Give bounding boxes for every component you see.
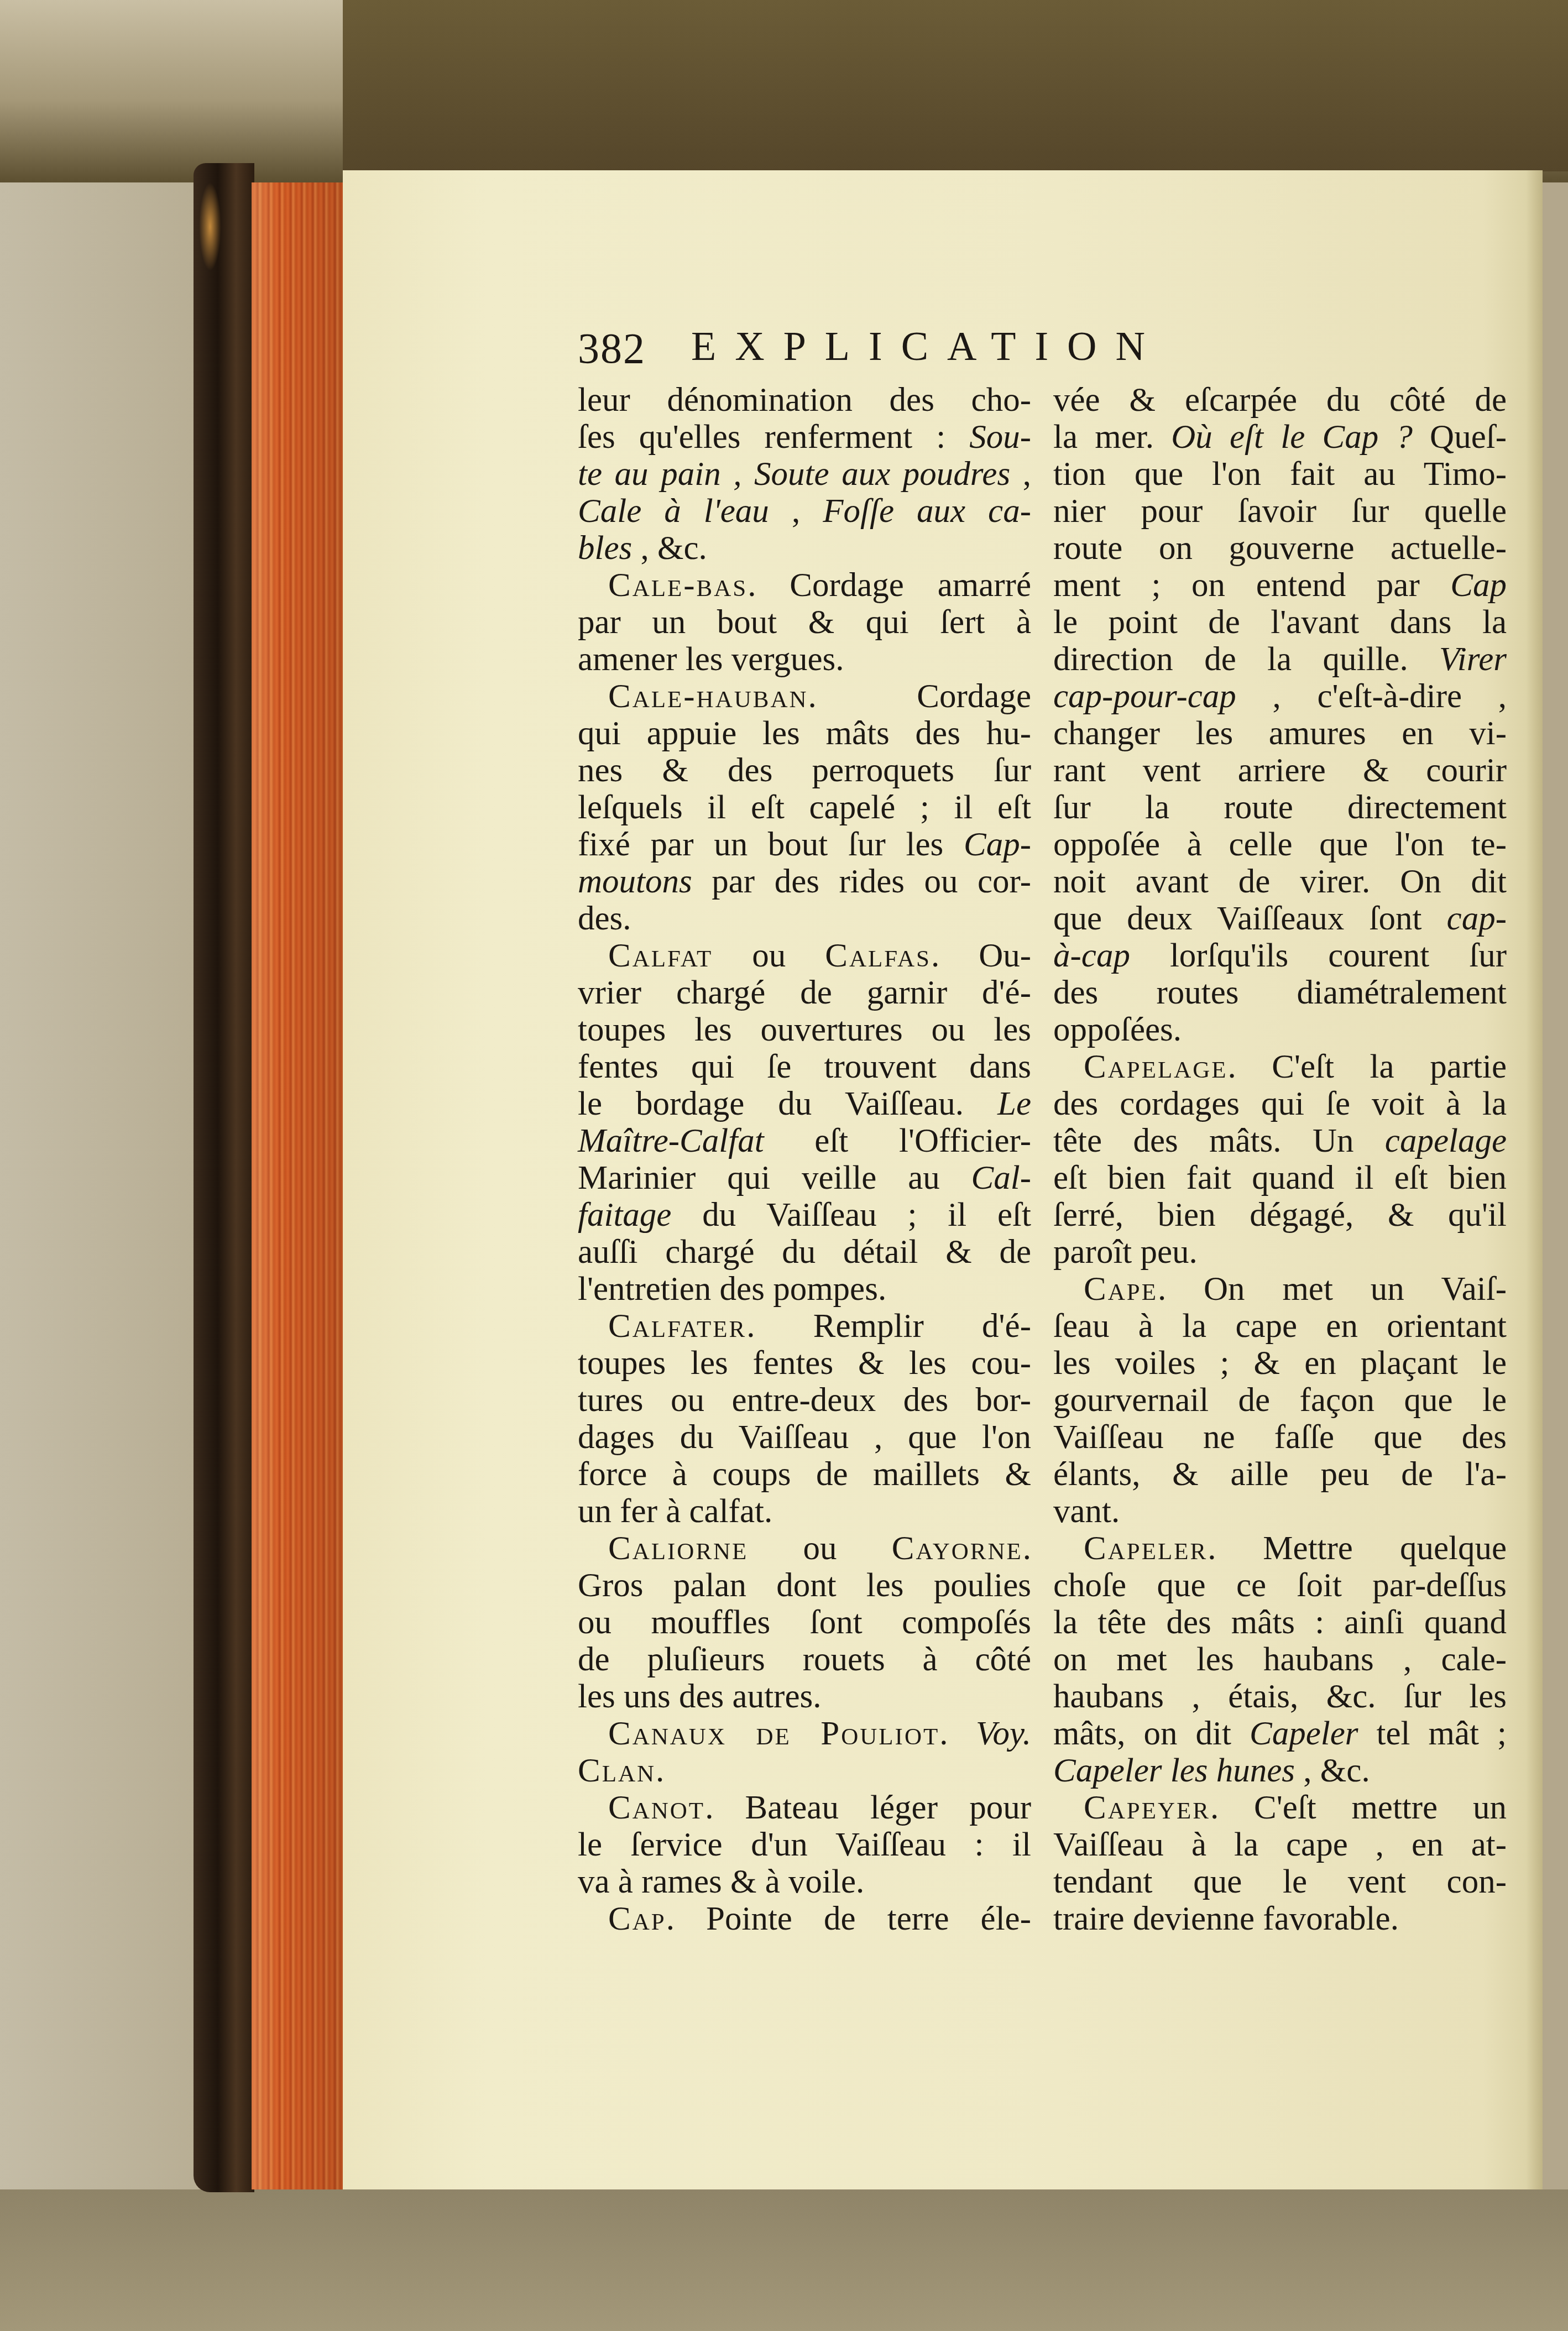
- text-line: dages du Vaiſſeau , que l'on: [578, 1419, 1031, 1456]
- text-line: ſes qu'elles renferment : Sou-: [578, 419, 1031, 456]
- text-line: tion que l'on fait au Timo-: [1053, 456, 1507, 493]
- text-line: leſquels il eſt capelé ; il eſt: [578, 789, 1031, 826]
- body-text: le bordage du Vaiſſeau.: [578, 1085, 997, 1122]
- text-line: des.: [578, 900, 1031, 937]
- text-line: à-cap lorſqu'ils courent ſur: [1053, 937, 1507, 974]
- body-text: traire devienne favorable.: [1053, 1900, 1399, 1937]
- italic-text: cap-pour-cap: [1053, 678, 1236, 715]
- text-line: gourvernail de façon que le: [1053, 1382, 1507, 1419]
- entry-term: Caliorne: [608, 1530, 748, 1567]
- text-line: vrier chargé de garnir d'é-: [578, 974, 1031, 1011]
- entry-line: Canot. Bateau léger pour: [578, 1789, 1031, 1826]
- text-line: ment ; on entend par Cap: [1053, 567, 1507, 604]
- body-text: du Vaiſſeau ; il eſt: [671, 1196, 1031, 1234]
- italic-text: Maître-Calfat: [578, 1122, 764, 1159]
- body-text: que deux Vaiſſeaux ſont: [1053, 900, 1447, 937]
- body-text: lorſqu'ils courent ſur: [1130, 937, 1507, 974]
- entry-term: Canaux de Pouliot: [608, 1715, 939, 1752]
- text-line: ſur la route directement: [1053, 789, 1507, 826]
- text-line: Vaiſſeau à la cape , en at-: [1053, 1826, 1507, 1863]
- italic-text: cap-: [1447, 900, 1507, 937]
- entry-term: Calfater: [608, 1308, 746, 1345]
- italic-text: Voy.: [976, 1715, 1031, 1752]
- body-text: Queſ-: [1413, 419, 1507, 456]
- text-line: nier pour ſavoir ſur quelle: [1053, 493, 1507, 530]
- text-line: rant vent arriere & courir: [1053, 752, 1507, 789]
- entry-line: Capelage. C'eſt la partie: [1053, 1048, 1507, 1085]
- body-text: oppoſées.: [1053, 1011, 1182, 1048]
- body-text: va à rames & à voile.: [578, 1863, 864, 1900]
- text-line: fixé par un bout ſur les Cap-: [578, 826, 1031, 863]
- italic-text: à-cap: [1053, 937, 1130, 974]
- text-line: vant.: [1053, 1493, 1507, 1530]
- body-text: , &c.: [1295, 1752, 1370, 1789]
- body-text: des cordages qui ſe voit à la: [1053, 1085, 1507, 1122]
- running-head: 382 EXPLICATION: [578, 318, 1319, 384]
- body-text: ou mouffles ſont compoſés: [578, 1604, 1031, 1641]
- body-text: route on gouverne actuelle-: [1053, 530, 1507, 567]
- body-text: par des rides ou cor-: [692, 863, 1031, 900]
- entry-line: Clan.: [578, 1752, 1031, 1789]
- body-text: eſt l'Officier-: [764, 1122, 1031, 1159]
- text-line: l'entretien des pompes.: [578, 1271, 1031, 1308]
- entry-term: Cale-hauban: [608, 678, 808, 715]
- entry-line: Cale-hauban. Cordage: [578, 678, 1031, 715]
- body-text: vrier chargé de garnir d'é-: [578, 974, 1031, 1011]
- text-line: direction de la quille. Virer: [1053, 641, 1507, 678]
- body-text: . C'eſt la partie: [1228, 1048, 1507, 1085]
- text-line: haubans , étais, &c. ſur les: [1053, 1678, 1507, 1715]
- body-text: force à coups de maillets &: [578, 1456, 1031, 1493]
- text-line: le bordage du Vaiſſeau. Le: [578, 1085, 1031, 1122]
- body-text: , c'eſt-à-dire ,: [1236, 678, 1507, 715]
- text-line: toupes les ouvertures ou les: [578, 1011, 1031, 1048]
- entry-term: Clan: [578, 1752, 656, 1789]
- text-line: Vaiſſeau ne faſſe que des: [1053, 1419, 1507, 1456]
- text-line: les uns des autres.: [578, 1678, 1031, 1715]
- body-text: . Bateau léger pour: [705, 1789, 1031, 1826]
- text-line: auſſi chargé du détail & de: [578, 1234, 1031, 1271]
- text-line: fentes qui ſe trouvent dans: [578, 1048, 1031, 1085]
- text-line: un fer à calfat.: [578, 1493, 1031, 1530]
- body-text: ,: [1010, 456, 1031, 493]
- body-text: par un bout & qui ſert à: [578, 604, 1031, 641]
- running-head-title: EXPLICATION: [691, 323, 1164, 370]
- italic-text: bles: [578, 530, 632, 567]
- body-text: un fer à calfat.: [578, 1493, 772, 1530]
- text-line: que deux Vaiſſeaux ſont cap-: [1053, 900, 1507, 937]
- text-line: on met les haubans , cale-: [1053, 1641, 1507, 1678]
- body-text: tête des mâts. Un: [1053, 1122, 1385, 1159]
- body-text: changer les amures en vi-: [1053, 715, 1507, 752]
- entry-line: Caliorne ou Cayorne.: [578, 1530, 1031, 1567]
- italic-text: Où eſt le Cap ?: [1171, 419, 1413, 456]
- text-line: Marinier qui veille au Cal-: [578, 1159, 1031, 1196]
- italic-text: Virer: [1439, 641, 1507, 678]
- text-line: eſt bien fait quand il eſt bien: [1053, 1159, 1507, 1196]
- body-text: choſe que ce ſoit par-deſſus: [1053, 1567, 1507, 1604]
- text-line: bles , &c.: [578, 530, 1031, 567]
- text-line: le point de l'avant dans la: [1053, 604, 1507, 641]
- background-left: [0, 0, 199, 2331]
- right-text-column: vée & eſcarpée du côté dela mer. Où eſt …: [1053, 381, 1507, 1937]
- entry-term: Canot: [608, 1789, 705, 1826]
- text-line: noit avant de virer. On dit: [1053, 863, 1507, 900]
- body-text: vant.: [1053, 1493, 1120, 1530]
- italic-text: Cap-: [964, 826, 1031, 863]
- italic-text: te au pain , Soute aux poudres: [578, 456, 1010, 493]
- entry-term: Calfat: [608, 937, 713, 974]
- entry-line: Cap. Pointe de terre éle-: [578, 1900, 1031, 1937]
- text-line: qui appuie les mâts des hu-: [578, 715, 1031, 752]
- italic-text: capelage: [1385, 1122, 1507, 1159]
- body-text: noit avant de virer. On dit: [1053, 863, 1507, 900]
- entry-term: Capeyer: [1084, 1789, 1210, 1826]
- text-line: choſe que ce ſoit par-deſſus: [1053, 1567, 1507, 1604]
- text-line: vée & eſcarpée du côté de: [1053, 381, 1507, 419]
- text-line: cap-pour-cap , c'eſt-à-dire ,: [1053, 678, 1507, 715]
- entry-line: Canaux de Pouliot. Voy.: [578, 1715, 1031, 1752]
- entry-line: Cape. On met un Vaiſ-: [1053, 1271, 1507, 1308]
- body-text: les uns des autres.: [578, 1678, 821, 1715]
- text-line: tures ou entre-deux des bor-: [578, 1382, 1031, 1419]
- text-line: de pluſieurs rouets à côté: [578, 1641, 1031, 1678]
- body-text: tion que l'on fait au Timo-: [1053, 456, 1507, 493]
- body-text: des routes diamétralement: [1053, 974, 1507, 1011]
- text-line: moutons par des rides ou cor-: [578, 863, 1031, 900]
- italic-text: Sou-: [969, 419, 1031, 456]
- italic-text: Foſſe aux ca-: [823, 493, 1031, 530]
- body-text: ſeau à la cape en orientant: [1053, 1308, 1507, 1345]
- italic-text: faitage: [578, 1196, 671, 1234]
- text-line: Gros palan dont les poulies: [578, 1567, 1031, 1604]
- italic-text: moutons: [578, 863, 692, 900]
- text-line: ou mouffles ſont compoſés: [578, 1604, 1031, 1641]
- body-text: . Pointe de terre éle-: [666, 1900, 1031, 1937]
- background-bottom: [0, 2189, 1568, 2331]
- body-text: nier pour ſavoir ſur quelle: [1053, 493, 1507, 530]
- book-cover-edge: [194, 163, 254, 2192]
- body-text: . Ou-: [931, 937, 1031, 974]
- entry-term: Cape: [1084, 1271, 1158, 1308]
- entry-term: Cale-bas: [608, 567, 748, 604]
- body-text: ,: [769, 493, 823, 530]
- page-edge-shading: [252, 182, 346, 2189]
- body-text: Gros palan dont les poulies: [578, 1567, 1031, 1604]
- italic-text: Cap: [1450, 567, 1507, 604]
- body-text: . Cordage amarré: [748, 567, 1031, 604]
- body-text: la mer.: [1053, 419, 1171, 456]
- text-line: par un bout & qui ſert à: [578, 604, 1031, 641]
- text-line: mâts, on dit Capeler tel mât ;: [1053, 1715, 1507, 1752]
- page-number: 382: [578, 323, 646, 373]
- body-text: le point de l'avant dans la: [1053, 604, 1507, 641]
- text-line: élants, & aille peu de l'a-: [1053, 1456, 1507, 1493]
- body-text: ou: [713, 937, 825, 974]
- italic-text: Capeler les hunes: [1053, 1752, 1295, 1789]
- entry-term: Capelage: [1084, 1048, 1228, 1085]
- text-line: te au pain , Soute aux poudres ,: [578, 456, 1031, 493]
- body-text: qui appuie les mâts des hu-: [578, 715, 1031, 752]
- body-text: ou: [748, 1530, 891, 1567]
- body-text: gourvernail de façon que le: [1053, 1382, 1507, 1419]
- text-line: va à rames & à voile.: [578, 1863, 1031, 1900]
- body-text: on met les haubans , cale-: [1053, 1641, 1507, 1678]
- entry-term: Capeler: [1084, 1530, 1208, 1567]
- text-line: les voiles ; & en plaçant le: [1053, 1345, 1507, 1382]
- text-line: force à coups de maillets &: [578, 1456, 1031, 1493]
- body-text: haubans , étais, &c. ſur les: [1053, 1678, 1507, 1715]
- body-text: l'entretien des pompes.: [578, 1271, 886, 1308]
- body-text: . Mettre quelque: [1208, 1530, 1507, 1567]
- body-text: leſquels il eſt capelé ; il eſt: [578, 789, 1031, 826]
- text-line: ſeau à la cape en orientant: [1053, 1308, 1507, 1345]
- text-line: changer les amures en vi-: [1053, 715, 1507, 752]
- body-text: dages du Vaiſſeau , que l'on: [578, 1419, 1031, 1456]
- body-text: .: [656, 1752, 664, 1789]
- text-line: leur dénomination des cho-: [578, 381, 1031, 419]
- italic-text: Capeler: [1250, 1715, 1358, 1752]
- text-line: traire devienne favorable.: [1053, 1900, 1507, 1937]
- body-text: oppoſée à celle que l'on te-: [1053, 826, 1507, 863]
- body-text: leur dénomination des cho-: [578, 381, 1031, 419]
- body-text: amener les vergues.: [578, 641, 844, 678]
- body-text: paroît peu.: [1053, 1234, 1198, 1271]
- body-text: auſſi chargé du détail & de: [578, 1234, 1031, 1271]
- body-text: eſt bien fait quand il eſt bien: [1053, 1159, 1507, 1196]
- text-line: nes & des perroquets ſur: [578, 752, 1031, 789]
- body-text: .: [939, 1715, 976, 1752]
- entry-line: Calfater. Remplir d'é-: [578, 1308, 1031, 1345]
- body-text: . Remplir d'é-: [746, 1308, 1031, 1345]
- text-line: Maître-Calfat eſt l'Officier-: [578, 1122, 1031, 1159]
- entry-line: Cale-bas. Cordage amarré: [578, 567, 1031, 604]
- text-line: la mer. Où eſt le Cap ? Queſ-: [1053, 419, 1507, 456]
- entry-term: Cayorne: [892, 1530, 1023, 1567]
- text-line: faitage du Vaiſſeau ; il eſt: [578, 1196, 1031, 1234]
- body-text: Vaiſſeau ne faſſe que des: [1053, 1419, 1507, 1456]
- text-line: oppoſées.: [1053, 1011, 1507, 1048]
- body-text: Marinier qui veille au: [578, 1159, 971, 1196]
- body-text: le ſervice d'un Vaiſſeau : il: [578, 1826, 1031, 1863]
- body-text: élants, & aille peu de l'a-: [1053, 1456, 1507, 1493]
- text-line: Cale à l'eau , Foſſe aux ca-: [578, 493, 1031, 530]
- body-text: vée & eſcarpée du côté de: [1053, 381, 1507, 419]
- body-text: la tête des mâts : ainſi quand: [1053, 1604, 1507, 1641]
- page-gutter-shadow: [1526, 170, 1543, 2189]
- italic-text: Cal-: [971, 1159, 1031, 1196]
- body-text: . Cordage: [808, 678, 1031, 715]
- entry-line: Calfat ou Calfas. Ou-: [578, 937, 1031, 974]
- text-line: tendant que le vent con-: [1053, 1863, 1507, 1900]
- body-text: rant vent arriere & courir: [1053, 752, 1507, 789]
- body-text: tendant que le vent con-: [1053, 1863, 1507, 1900]
- text-line: oppoſée à celle que l'on te-: [1053, 826, 1507, 863]
- body-text: fentes qui ſe trouvent dans: [578, 1048, 1031, 1085]
- cover-wear-spot: [199, 182, 221, 271]
- body-text: des.: [578, 900, 631, 937]
- body-text: fixé par un bout ſur les: [578, 826, 964, 863]
- body-text: .: [1023, 1530, 1031, 1567]
- text-line: la tête des mâts : ainſi quand: [1053, 1604, 1507, 1641]
- entry-line: Capeyer. C'eſt mettre un: [1053, 1789, 1507, 1826]
- body-text: les voiles ; & en plaçant le: [1053, 1345, 1507, 1382]
- body-text: toupes les fentes & les cou-: [578, 1345, 1031, 1382]
- italic-text: Le: [997, 1085, 1031, 1122]
- body-text: tel mât ;: [1358, 1715, 1507, 1752]
- text-line: tête des mâts. Un capelage: [1053, 1122, 1507, 1159]
- text-line: route on gouverne actuelle-: [1053, 530, 1507, 567]
- text-line: Capeler les hunes , &c.: [1053, 1752, 1507, 1789]
- body-text: . C'eſt mettre un: [1210, 1789, 1507, 1826]
- text-line: le ſervice d'un Vaiſſeau : il: [578, 1826, 1031, 1863]
- body-text: toupes les ouvertures ou les: [578, 1011, 1031, 1048]
- italic-text: Cale à l'eau: [578, 493, 769, 530]
- body-text: ment ; on entend par: [1053, 567, 1450, 604]
- text-line: amener les vergues.: [578, 641, 1031, 678]
- body-text: ſur la route directement: [1053, 789, 1507, 826]
- text-line: ſerré, bien dégagé, & qu'il: [1053, 1196, 1507, 1234]
- body-text: tures ou entre-deux des bor-: [578, 1382, 1031, 1419]
- entry-term: Cap: [608, 1900, 666, 1937]
- body-text: mâts, on dit: [1053, 1715, 1250, 1752]
- body-text: nes & des perroquets ſur: [578, 752, 1031, 789]
- body-text: de pluſieurs rouets à côté: [578, 1641, 1031, 1678]
- background-top-shadow: [343, 0, 1568, 171]
- text-line: toupes les fentes & les cou-: [578, 1345, 1031, 1382]
- left-text-column: leur dénomination des cho-ſes qu'elles r…: [578, 381, 1031, 1937]
- body-text: . On met un Vaiſ-: [1158, 1271, 1507, 1308]
- text-line: paroît peu.: [1053, 1234, 1507, 1271]
- body-text: Vaiſſeau à la cape , en at-: [1053, 1826, 1507, 1863]
- entry-term: Calfas: [825, 937, 931, 974]
- body-text: ſerré, bien dégagé, & qu'il: [1053, 1196, 1507, 1234]
- body-text: direction de la quille.: [1053, 641, 1439, 678]
- body-text: ſes qu'elles renferment :: [578, 419, 969, 456]
- text-line: des cordages qui ſe voit à la: [1053, 1085, 1507, 1122]
- body-text: , &c.: [632, 530, 707, 567]
- entry-line: Capeler. Mettre quelque: [1053, 1530, 1507, 1567]
- text-line: des routes diamétralement: [1053, 974, 1507, 1011]
